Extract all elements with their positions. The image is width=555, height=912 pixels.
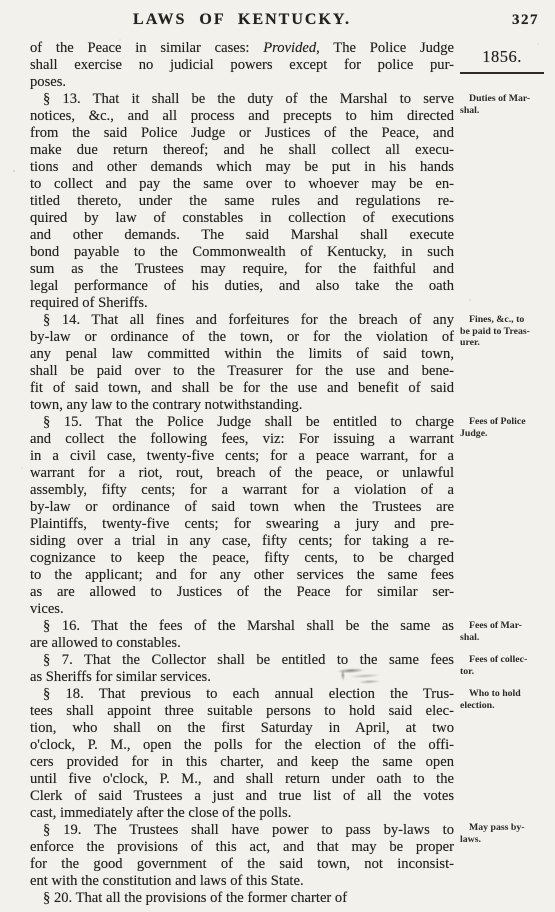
text-line: warrant for a riot, rout, breach of the …: [30, 465, 454, 482]
text-line: § 7. That the Collector shall be entitle…: [30, 652, 454, 669]
text-line: to collect and pay the same over to whoe…: [30, 176, 454, 193]
margin-note-line: tor.: [460, 666, 546, 678]
margin-note-line: laws.: [460, 834, 546, 846]
text-line: are allowed to constables.: [30, 635, 454, 652]
text-line: quired by law of constables in collectio…: [30, 210, 454, 227]
page: LAWS OF KENTUCKY. 327 of the Peace in si…: [0, 0, 555, 912]
margin-note: Duties of Mar-shal.: [460, 93, 546, 116]
text-line: any penal law committed within the limit…: [30, 346, 454, 363]
text-line: fit of said town, and shall be for the u…: [30, 380, 454, 397]
paragraph: of the Peace in similar cases: Provided,…: [30, 40, 454, 91]
page-title: LAWS OF KENTUCKY.: [30, 11, 454, 29]
paragraph: § 18. That previous to each annual elect…: [30, 686, 454, 822]
margin-note: May pass by-laws.: [460, 822, 546, 845]
paragraph: § 16. That the fees of the Marshal shall…: [30, 618, 454, 652]
text-line: vices.: [30, 601, 454, 618]
text-line: § 19. The Trustees shall have power to p…: [30, 822, 454, 839]
text-line: Clerk of said Trustees a just and true l…: [30, 788, 454, 805]
text-line: tion, who shall on the first Saturday in…: [30, 720, 454, 737]
margin-note-line: Fees of Police: [460, 416, 546, 428]
margin-note-line: shal.: [460, 632, 546, 644]
text-line: to the applicant; and for any other serv…: [30, 567, 454, 584]
margin-note-line: Who to hold: [460, 688, 546, 700]
margin-note: Fines, &c., tobe paid to Treas-urer.: [460, 314, 546, 349]
paragraph: § 20. That all the provisions of the for…: [30, 890, 454, 907]
ink-smudge: [337, 665, 390, 689]
paragraph: § 19. The Trustees shall have power to p…: [30, 822, 454, 890]
year-label: 1856.: [460, 47, 544, 74]
text-line: tions and other demands which may be put…: [30, 159, 454, 176]
text-line: from the said Police Judge or Justices o…: [30, 125, 454, 142]
margin-note: Fees of PoliceJudge.: [460, 416, 546, 439]
text-line: notices, &c., and all process and precep…: [30, 108, 454, 125]
margin-note-line: Duties of Mar-: [460, 93, 546, 105]
text-line: § 16. That the fees of the Marshal shall…: [30, 618, 454, 635]
text-line: by-law or ordinance of said town when th…: [30, 499, 454, 516]
text-line: town, any law to the contrary notwithsta…: [30, 397, 454, 414]
paragraph: § 14. That all fines and forfeitures for…: [30, 312, 454, 414]
text-line: § 20. That all the provisions of the for…: [30, 890, 454, 907]
text-line: legal performance of his duties, and als…: [30, 278, 454, 295]
margin-note-line: Judge.: [460, 428, 546, 440]
text-line: ent with the constitution and laws of th…: [30, 873, 454, 890]
margin-note: Fees of collec-tor.: [460, 654, 546, 677]
text-line: and other demands. The said Marshal shal…: [30, 227, 454, 244]
text-line: sum as the Trustees may require, for the…: [30, 261, 454, 278]
text-line: cast, immediately after the close of the…: [30, 805, 454, 822]
text-line: until five o'clock, P. M., and shall ret…: [30, 771, 454, 788]
margin-column: 1856. Duties of Mar-shal.Fines, &c., tob…: [458, 0, 548, 912]
margin-note-line: Fees of collec-: [460, 654, 546, 666]
margin-note-line: election.: [460, 700, 546, 712]
paragraph: § 13. That it shall be the duty of the M…: [30, 91, 454, 312]
text-line: § 18. That previous to each annual elect…: [30, 686, 454, 703]
text-line: shall exercise no judicial powers except…: [30, 57, 454, 74]
text-line: and collect the following fees, viz: For…: [30, 431, 454, 448]
text-line: in a civil case, twenty-five cents; for …: [30, 448, 454, 465]
margin-note-line: urer.: [460, 337, 546, 349]
text-line: o'clock, P. M., open the polls for the e…: [30, 737, 454, 754]
text-line: cers provided for in this charter, and k…: [30, 754, 454, 771]
text-line: as are allowed to Justices of the Peace …: [30, 584, 454, 601]
text-line: by-law or ordinance of the town, or for …: [30, 329, 454, 346]
margin-note-line: be paid to Treas-: [460, 326, 546, 338]
text-line: § 14. That all fines and forfeitures for…: [30, 312, 454, 329]
text-line: tees shall appoint three suitable person…: [30, 703, 454, 720]
text-line: siding over a trial in any case, fifty c…: [30, 533, 454, 550]
text-line: § 13. That it shall be the duty of the M…: [30, 91, 454, 108]
paragraph: § 15. That the Police Judge shall be ent…: [30, 414, 454, 618]
margin-note-line: May pass by-: [460, 822, 546, 834]
text-line: titled thereto, under the same rules and…: [30, 193, 454, 210]
margin-note: Who to holdelection.: [460, 688, 546, 711]
text-line: poses.: [30, 74, 454, 91]
body-text: of the Peace in similar cases: Provided,…: [30, 40, 454, 907]
margin-note-line: Fines, &c., to: [460, 314, 546, 326]
text-line: § 15. That the Police Judge shall be ent…: [30, 414, 454, 431]
text-line: assembly, fifty cents; for a warrant for…: [30, 482, 454, 499]
margin-note-line: shal.: [460, 105, 546, 117]
text-line: bond payable to the Commonwealth of Kent…: [30, 244, 454, 261]
text-line: Plaintiffs, twenty-five cents; for swear…: [30, 516, 454, 533]
margin-note-line: Fees of Mar-: [460, 620, 546, 632]
text-line: make due return thereof; and he shall co…: [30, 142, 454, 159]
text-line: cognizance to keep the peace, fifty cent…: [30, 550, 454, 567]
text-line: shall be paid over to the Treasurer for …: [30, 363, 454, 380]
text-line: of the Peace in similar cases: Provided,…: [30, 40, 454, 57]
margin-note: Fees of Mar-shal.: [460, 620, 546, 643]
text-line: enforce the provisions of this act, and …: [30, 839, 454, 856]
paragraph: § 7. That the Collector shall be entitle…: [30, 652, 454, 686]
text-line: required of Sheriffs.: [30, 295, 454, 312]
text-line: for the good government of the said town…: [30, 856, 454, 873]
